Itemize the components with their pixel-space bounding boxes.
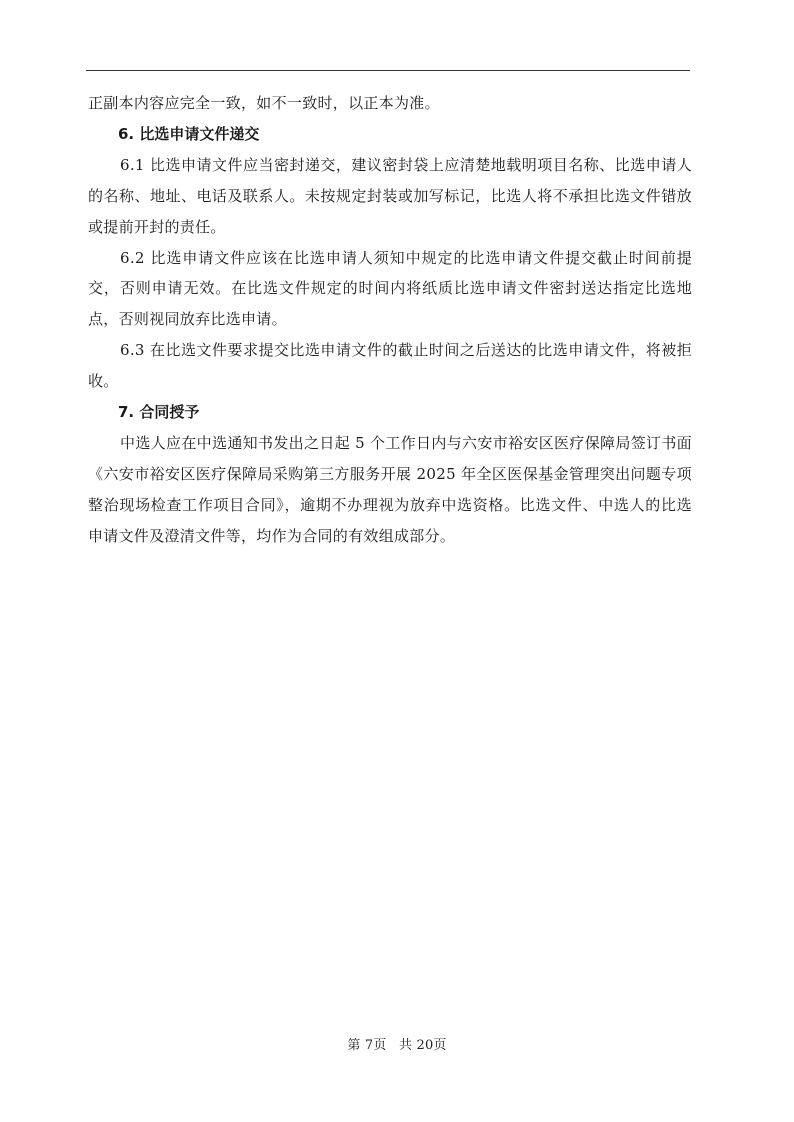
total-pages-label: 共 20页	[399, 1038, 447, 1053]
section-heading-7: 7. 合同授予	[88, 397, 692, 428]
paragraph-6-1: 6.1 比选申请文件应当密封递交，建议密封袋上应清楚地载明项目名称、比选申请人的…	[88, 150, 692, 243]
paragraph-6-3: 6.3 在比选文件要求提交比选申请文件的截止时间之后送达的比选申请文件，将被拒收…	[88, 335, 692, 397]
document-body: 正副本内容应完全一致，如不一致时，以正本为准。 6. 比选申请文件递交 6.1 …	[88, 88, 692, 552]
paragraph-continuation: 正副本内容应完全一致，如不一致时，以正本为准。	[88, 88, 692, 119]
section-heading-6: 6. 比选申请文件递交	[88, 119, 692, 150]
paragraph-6-2: 6.2 比选申请文件应该在比选申请人须知中规定的比选申请文件提交截止时间前提交，…	[88, 243, 692, 336]
paragraph-7: 中选人应在中选通知书发出之日起 5 个工作日内与六安市裕安区医疗保障局签订书面《…	[88, 428, 692, 552]
page-footer: 第 7页 共 20页	[0, 1034, 794, 1053]
current-page-label: 第 7页	[347, 1038, 386, 1053]
header-rule	[86, 70, 690, 71]
